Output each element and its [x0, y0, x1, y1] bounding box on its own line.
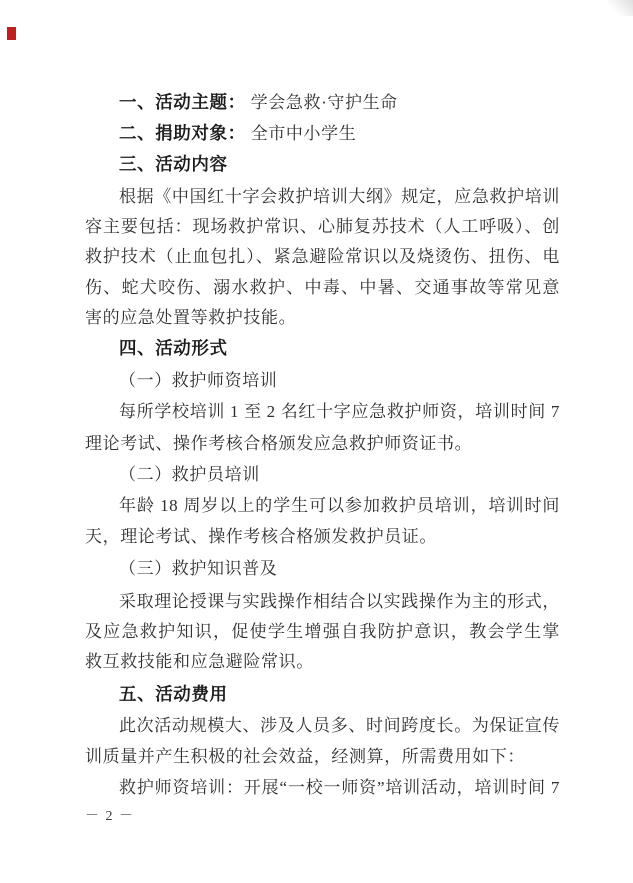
page-number: － 2 － [85, 805, 135, 825]
heading-activity-format: 四、活动形式 [85, 333, 560, 364]
paragraph-line: 训质量并产生积极的社会效益，经测算，所需费用如下： [85, 741, 560, 772]
red-scan-mark [7, 27, 16, 40]
paragraph-line: 采取理论授课与实践操作相结合以实践操作为主的形式，普 [85, 586, 560, 617]
heading-label: 四、活动形式 [119, 338, 228, 358]
heading-label: 一、活动主题： [119, 92, 246, 112]
paragraph-line: 害的应急处置等救护技能。 [85, 302, 560, 333]
heading-activity-cost: 五、活动费用 [85, 679, 560, 710]
paragraph-line: 救护师资培训：开展“一校一师资”培训活动，培训时间 7 天， [85, 772, 560, 803]
heading-activity-content: 三、活动内容 [85, 149, 560, 180]
paragraph-line: 天，理论考试、操作考核合格颁发救护员证。 [85, 521, 560, 552]
heading-label: 二、捐助对象： [119, 123, 246, 143]
paragraph-line: 救护技术（止血包扎）、紧急避险常识以及烧烫伤、扭伤、电击 [85, 241, 560, 272]
heading-value: 全市中小学生 [251, 124, 357, 143]
heading-donation-target: 二、捐助对象：全市中小学生 [85, 118, 560, 149]
subheading-trainer-training: （一）救护师资培训 [85, 365, 560, 396]
paragraph-line: 每所学校培训 1 至 2 名红十字应急救护师资，培训时间 7 天， [85, 396, 560, 427]
subheading-knowledge-popularization: （三）救护知识普及 [85, 553, 560, 584]
paragraph-line: 年龄 18 周岁以上的学生可以参加救护员培训，培训时间 2 [85, 490, 560, 521]
heading-label: 五、活动费用 [119, 684, 228, 704]
paragraph-line: 理论考试、操作考核合格颁发应急救护师资证书。 [85, 428, 560, 459]
document-page: 一、活动主题：学会急救·守护生命 二、捐助对象：全市中小学生 三、活动内容 根据… [0, 0, 633, 883]
paragraph-line: 伤、蛇犬咬伤、溺水救护、中毒、中暑、交通事故等常见意外伤 [85, 272, 560, 303]
paragraph-line: 此次活动规模大、涉及人员多、时间跨度长。为保证宣传培 [85, 710, 560, 741]
heading-value: 学会急救·守护生命 [251, 93, 398, 112]
paragraph-line: 救互救技能和应急避险常识。 [85, 646, 560, 677]
paragraph-line: 及应急救护知识，促使学生增强自我防护意识，教会学生掌握自 [85, 616, 560, 647]
page-corner-shade [607, 0, 633, 16]
paragraph-line: 根据《中国红十字会救护培训大纲》规定，应急救护培训内 [85, 181, 560, 212]
paragraph-line: 容主要包括：现场救护常识、心肺复苏技术（人工呼吸）、创伤 [85, 211, 560, 242]
heading-label: 三、活动内容 [119, 154, 228, 174]
heading-activity-theme: 一、活动主题：学会急救·守护生命 [85, 87, 560, 118]
subheading-rescuer-training: （二）救护员培训 [85, 459, 560, 490]
